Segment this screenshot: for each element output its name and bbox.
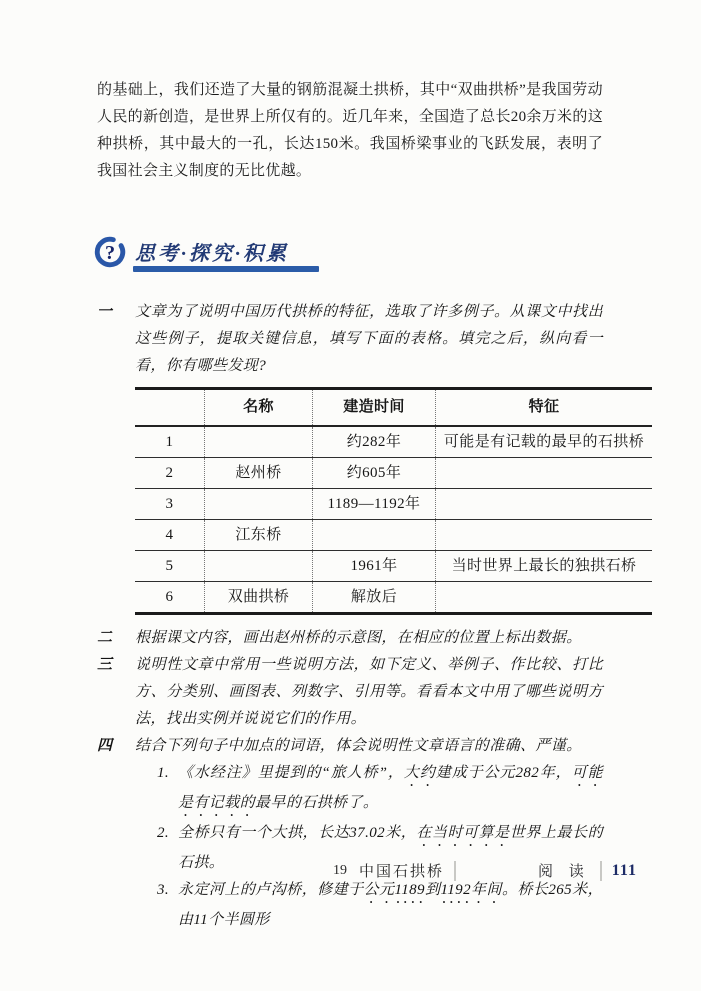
header-build-time: 建造时间 xyxy=(313,389,436,427)
table-header-row: 名称 建造时间 特征 xyxy=(135,389,652,427)
sentence-1-text: 《水经注》里提到的“旅人桥”，大约建成于公元282年，可能是有记载的最早的石拱桥… xyxy=(178,765,603,811)
plain-text: 建成于公元282年， xyxy=(436,765,572,781)
cell-feature xyxy=(436,520,653,551)
question-mark-icon: ? xyxy=(93,235,127,269)
question-1-number: 一 xyxy=(97,299,112,326)
emphasized-text: 在当时可算是 xyxy=(416,825,509,841)
question-2: 二 根据课文内容，画出赵州桥的示意图，在相应的位置上标出数据。 xyxy=(97,625,603,652)
plain-text: 最早的石拱桥了。 xyxy=(255,795,378,811)
table-row: 4 江东桥 xyxy=(135,520,652,551)
cell-name xyxy=(205,489,313,520)
table-row: 2 赵州桥 约605年 xyxy=(135,458,652,489)
footer-divider xyxy=(600,861,602,881)
sentence-1-number: 1. xyxy=(157,760,169,787)
intro-paragraph: 的基础上，我们还造了大量的钢筋混凝土拱桥，其中“双曲拱桥”是我国劳动人民的新创造… xyxy=(97,77,603,185)
footer-page-info: 阅 读 111 xyxy=(538,860,637,881)
section-underline-bar xyxy=(133,266,319,272)
section-title: 思考·探究·积累 xyxy=(135,237,289,266)
table-row: 1 约282年 可能是有记载的最早的石拱桥 xyxy=(135,426,652,458)
question-1-text: 文章为了说明中国历代拱桥的特征，选取了许多例子。从课文中找出这些例子，提取关键信… xyxy=(135,304,603,374)
cell-feature xyxy=(436,582,653,614)
row-no: 3 xyxy=(135,489,205,520)
cell-name: 江东桥 xyxy=(205,520,313,551)
cell-feature xyxy=(436,489,653,520)
question-3: 三 说明性文章中常用一些说明方法，如下定义、举例子、作比较、打比方、分类别、画图… xyxy=(97,652,603,733)
emphasized-text: 大约 xyxy=(404,765,436,781)
cell-time xyxy=(313,520,436,551)
cell-time: 1961年 xyxy=(313,551,436,582)
cell-time: 解放后 xyxy=(313,582,436,614)
question-2-text: 根据课文内容，画出赵州桥的示意图，在相应的位置上标出数据。 xyxy=(135,630,582,646)
question-list: 一 文章为了说明中国历代拱桥的特征，选取了许多例子。从课文中找出这些例子，提取关… xyxy=(97,299,603,934)
lesson-title: 中国石拱桥 xyxy=(359,860,444,881)
row-no: 5 xyxy=(135,551,205,582)
question-4: 四 结合下列句子中加点的词语，体会说明性文章语言的准确、严谨。 1. 《水经注》… xyxy=(97,733,603,934)
cell-feature xyxy=(436,458,653,489)
sentence-3-text: 永定河上的卢沟桥，修建于公元1189到1192年间。桥长265米，由11个半圆形 xyxy=(178,882,603,928)
lesson-number: 19 xyxy=(333,863,347,879)
footer-divider xyxy=(454,861,456,881)
question-1: 一 文章为了说明中国历代拱桥的特征，选取了许多例子。从课文中找出这些例子，提取关… xyxy=(97,299,603,615)
textbook-page: 的基础上，我们还造了大量的钢筋混凝土拱桥，其中“双曲拱桥”是我国劳动人民的新创造… xyxy=(0,0,701,991)
cell-name xyxy=(205,426,313,458)
row-no: 1 xyxy=(135,426,205,458)
row-no: 6 xyxy=(135,582,205,614)
question-2-number: 二 xyxy=(97,625,112,652)
cell-name xyxy=(205,551,313,582)
cell-name: 双曲拱桥 xyxy=(205,582,313,614)
question-4-text: 结合下列句子中加点的词语，体会说明性文章语言的准确、严谨。 xyxy=(135,738,582,754)
cell-feature: 当时世界上最长的独拱石桥 xyxy=(436,551,653,582)
header-empty xyxy=(135,389,205,427)
cell-time: 约605年 xyxy=(313,458,436,489)
cell-feature: 可能是有记载的最早的石拱桥 xyxy=(436,426,653,458)
question-3-number: 三 xyxy=(97,652,112,679)
cell-time: 约282年 xyxy=(313,426,436,458)
footer-section-label: 阅 读 xyxy=(538,860,590,881)
cell-name: 赵州桥 xyxy=(205,458,313,489)
table-row: 6 双曲拱桥 解放后 xyxy=(135,582,652,614)
svg-text:?: ? xyxy=(105,242,115,264)
plain-text: 《水经注》里提到的“旅人桥”， xyxy=(178,765,404,781)
table-row: 5 1961年 当时世界上最长的独拱石桥 xyxy=(135,551,652,582)
header-feature: 特征 xyxy=(436,389,653,427)
question-4-number: 四 xyxy=(97,733,112,760)
question-3-text: 说明性文章中常用一些说明方法，如下定义、举例子、作比较、打比方、分类别、画图表、… xyxy=(135,657,603,727)
footer-lesson: 19 中国石拱桥 xyxy=(333,860,466,881)
page-footer: 19 中国石拱桥 阅 读 111 xyxy=(0,858,701,888)
cell-time: 1189—1192年 xyxy=(313,489,436,520)
row-no: 2 xyxy=(135,458,205,489)
section-header: ? 思考·探究·积累 xyxy=(97,235,603,279)
sentence-2-number: 2. xyxy=(157,820,169,847)
row-no: 4 xyxy=(135,520,205,551)
plain-text: 全桥只有一个大拱，长达37.02米， xyxy=(178,825,416,841)
header-name: 名称 xyxy=(205,389,313,427)
table-row: 3 1189—1192年 xyxy=(135,489,652,520)
sentence-1: 1. 《水经注》里提到的“旅人桥”，大约建成于公元282年，可能是有记载的最早的… xyxy=(157,760,603,820)
page-number: 111 xyxy=(612,862,637,880)
bridge-examples-table: 名称 建造时间 特征 1 约282年 可能是有记载的最早的石拱桥 xyxy=(135,387,652,615)
